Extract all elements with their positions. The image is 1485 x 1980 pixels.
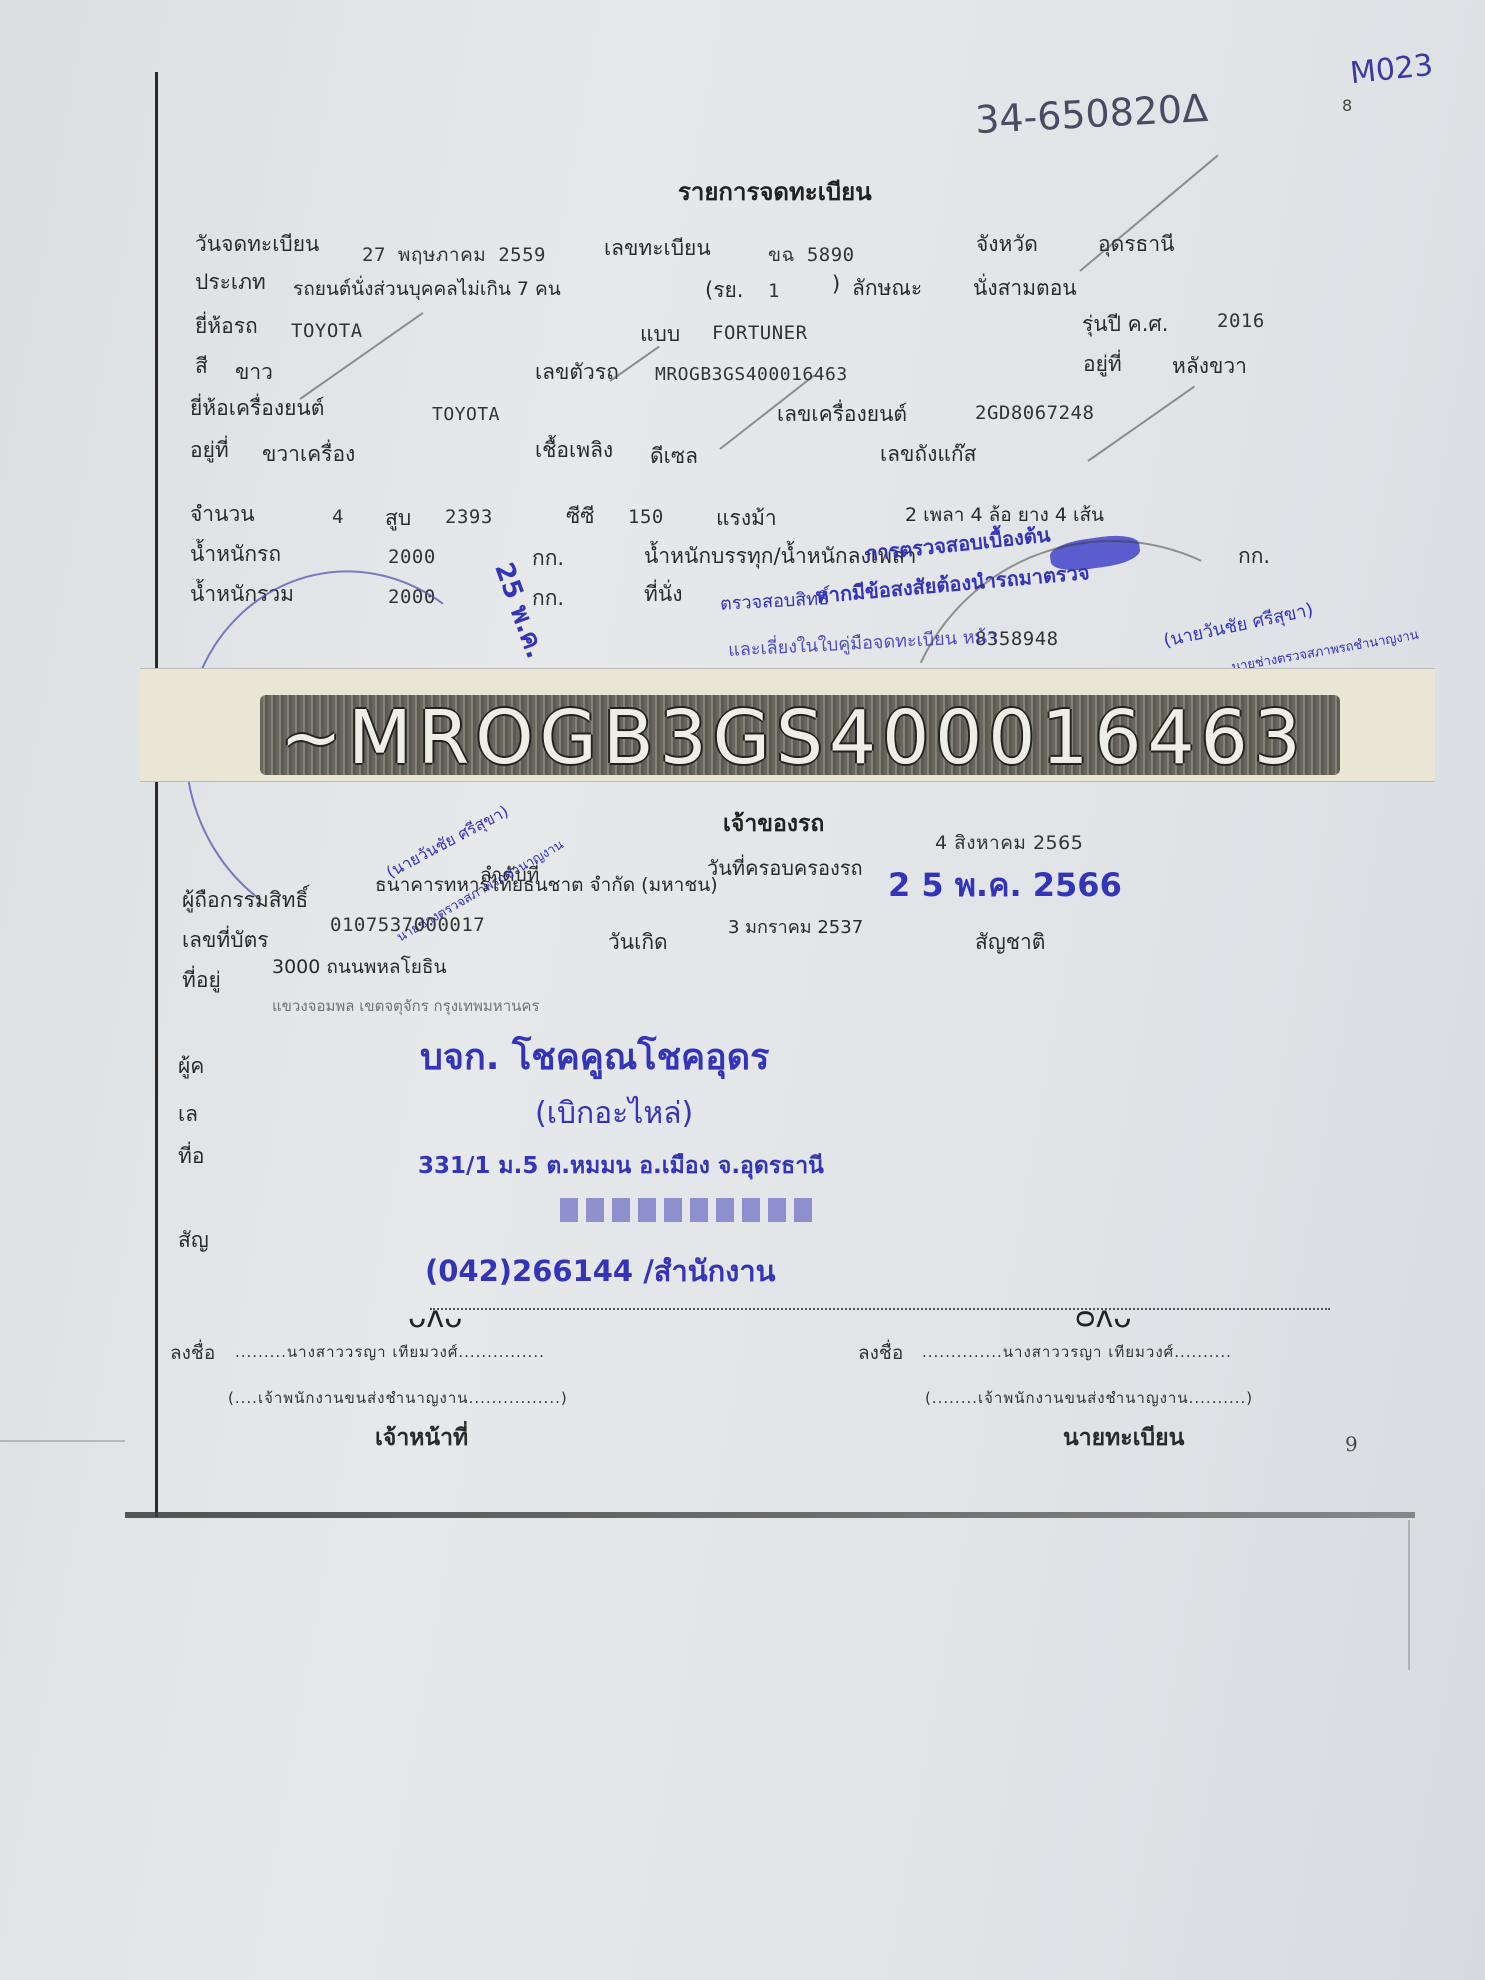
address-label: ที่อยู่	[182, 964, 221, 997]
load-unit: กก.	[1238, 540, 1270, 573]
frame-left-border	[155, 72, 158, 1517]
dealer-address-stamp: 331/1 ม.5 ต.หมมน อ.เมือง จ.อุดรธานี	[418, 1148, 824, 1184]
engine-location-label: อยู่ที่	[190, 434, 229, 467]
type-code: 1	[768, 280, 780, 302]
type-code-close: )	[832, 272, 840, 296]
page-edge	[0, 1440, 125, 1442]
inspection-stamp-line3: ตรวจสอบสิทธิ์	[719, 583, 829, 618]
page-number-top: 8	[1342, 96, 1352, 115]
holder-name: ธนาคารทหารไทยธนชาต จำกัด (มหาชน)	[375, 870, 718, 900]
engine-brand: TOYOTA	[432, 404, 500, 425]
year-label: รุ่นปี ค.ศ.	[1082, 308, 1168, 341]
color: ขาว	[235, 356, 273, 389]
vin-label: เลขตัวรถ	[535, 356, 619, 389]
vin: MROGB3GS400016463	[655, 364, 848, 385]
seats-label: ที่นั่ง	[644, 578, 682, 611]
owner-heading: เจ้าของรถ	[723, 806, 824, 842]
address-line1: 3000 ถนนพหลโยธิน	[272, 952, 447, 982]
engine-location: ขวาเครื่อง	[262, 438, 355, 471]
signature-right: ᴑᴧᴗ	[1075, 1300, 1132, 1335]
pencil-stroke	[1087, 386, 1195, 462]
plate-label: เลขทะเบียน	[604, 232, 711, 265]
dealer-phone-stamp: (042)266144 /สำนักงาน	[425, 1248, 775, 1294]
right-signer-name: ..............นางสาววรญา เทียมวงศ์......…	[922, 1340, 1232, 1364]
owner-record-date: 4 สิงหาคม 2565	[935, 828, 1083, 858]
address-line2: แขวงจอมพล เขตจตุจักร กรุงเทพมหานคร	[272, 994, 539, 1018]
possessor-nationality-label: สัญ	[178, 1224, 209, 1257]
brand-label: ยี่ห้อรถ	[195, 310, 258, 343]
body-style-label: ลักษณะ	[852, 272, 922, 305]
color-label: สี	[195, 350, 208, 383]
right-signer-name-text: นางสาววรญา เทียมวงศ์	[1003, 1343, 1174, 1361]
right-sign-label: ลงชื่อ	[858, 1338, 903, 1368]
engine-number: 2GD8067248	[975, 402, 1094, 424]
vin-location-label: อยู่ที่	[1083, 348, 1122, 381]
model-label: แบบ	[640, 318, 680, 351]
fuel-label: เชื้อเพลิง	[535, 434, 613, 467]
possessor-id-label: เล	[178, 1098, 198, 1131]
left-signer-title: (....เจ้าพนักงานขนส่งชำนาญงาน...........…	[228, 1386, 568, 1410]
dealer-name-stamp: บจก. โชคคูณโชคอุดร	[420, 1028, 769, 1085]
reg-date-label: วันจดทะเบียน	[195, 228, 319, 261]
gas-tank-label: เลขถังแก๊ส	[880, 438, 976, 471]
holder-label: ผู้ถือกรรมสิทธิ์	[182, 884, 308, 917]
page-number-bottom: 9	[1345, 1432, 1358, 1456]
vehicle-weight: 2000	[388, 546, 436, 568]
nationality-label: สัญชาติ	[975, 926, 1045, 959]
vehicle-type: รถยนต์นั่งส่วนบุคคลไม่เกิน 7 คน	[293, 274, 561, 304]
birth-date: 3 มกราคม 2537	[728, 912, 863, 941]
left-signer-name-text: นางสาววรญา เทียมวงศ์	[287, 1343, 458, 1361]
province-label: จังหวัด	[976, 228, 1038, 261]
weight-unit: กก.	[532, 542, 564, 575]
brand: TOYOTA	[291, 320, 363, 342]
faded-stamp-line	[560, 1198, 820, 1222]
left-sign-label: ลงชื่อ	[170, 1338, 215, 1368]
reg-date: 27 พฤษภาคม 2559	[362, 240, 546, 270]
dealer-department-stamp: (เบิกอะไหล่)	[535, 1090, 693, 1137]
horsepower-label: แรงม้า	[716, 502, 777, 535]
model: FORTUNER	[712, 322, 808, 344]
vin-rubbing-text: ~MROGB3GS400016463	[280, 695, 1307, 781]
plate-number: ขฉ 5890	[768, 240, 855, 270]
body-style: นั่งสามตอน	[973, 272, 1077, 305]
type-code-open: (รย.	[705, 274, 743, 307]
fuel: ดีเซล	[650, 440, 698, 473]
weight-label: น้ำหนักรถ	[190, 538, 281, 571]
id-label: เลขที่บัตร	[182, 924, 269, 957]
left-signer-name: .........นางสาววรญา เทียมวงศ์...........…	[235, 1340, 545, 1364]
dotted-line	[430, 1308, 1330, 1310]
horsepower: 150	[628, 506, 664, 528]
right-signer-role: นายทะเบียน	[1063, 1420, 1184, 1456]
right-signer-title-text: เจ้าพนักงานขนส่งชำนาญงาน	[978, 1389, 1189, 1407]
left-signer-title-text: เจ้าพนักงานขนส่งชำนาญงาน	[258, 1389, 469, 1407]
engine-no-label: เลขเครื่องยนต์	[777, 398, 907, 431]
frame-bottom-border	[125, 1512, 1415, 1518]
birth-label: วันเกิด	[608, 926, 668, 959]
count: 4	[332, 506, 344, 528]
left-signer-role: เจ้าหน้าที่	[375, 1420, 468, 1456]
possession-date-label: วันที่ครอบครองรถ	[707, 852, 863, 884]
engine-cc: 2393	[445, 506, 493, 528]
corner-code: M023	[1348, 48, 1434, 92]
cc-label: ซีซี	[566, 500, 595, 533]
handwritten-code: 34-650820Δ	[974, 86, 1209, 142]
possession-date-handwritten: 2 5 พ.ค. 2566	[888, 860, 1122, 911]
frame-right-mark	[1408, 1520, 1410, 1670]
document-title: รายการจดทะเบียน	[678, 172, 872, 211]
cylinder-label: สูบ	[385, 502, 411, 535]
vin-location: หลังขวา	[1172, 350, 1247, 383]
id-number: 0107537000017	[330, 914, 485, 936]
model-year: 2016	[1217, 310, 1265, 332]
right-signer-title: (........เจ้าพนักงานขนส่งชำนาญงาน.......…	[925, 1386, 1253, 1410]
possessor-label: ผู้ค	[178, 1050, 204, 1083]
type-label: ประเภท	[195, 266, 266, 299]
count-label: จำนวน	[190, 498, 255, 531]
possessor-address-label: ที่อ	[178, 1140, 204, 1173]
signature-left: ᴗᴧᴗ	[408, 1300, 462, 1335]
vin-rubbing-strip: ~MROGB3GS400016463	[140, 668, 1435, 782]
